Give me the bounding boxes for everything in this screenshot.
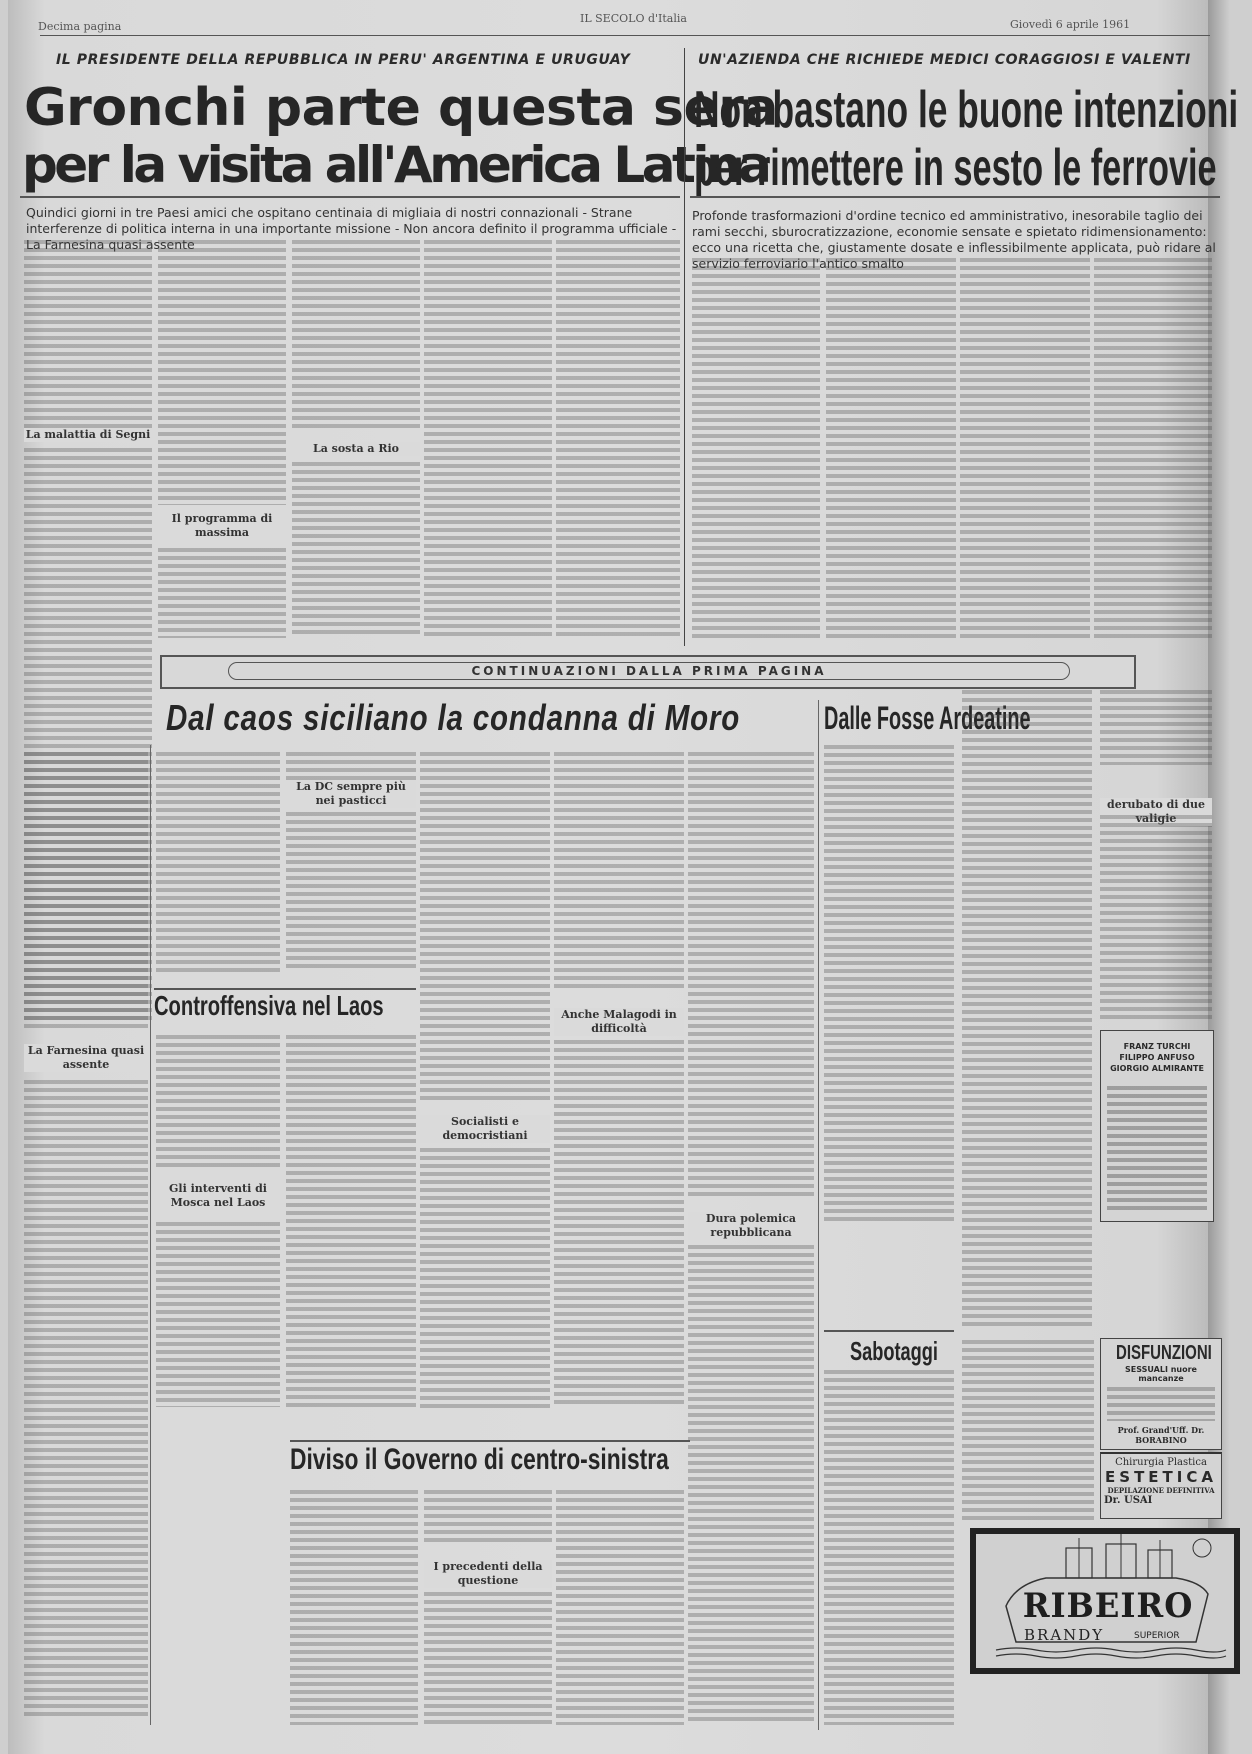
fosse-col-3a (1100, 690, 1212, 765)
ad-estetica-title: ESTETICA (1101, 1468, 1221, 1486)
ad-estetica-doctor: Dr. USAI (1101, 1495, 1221, 1506)
moro-col-3b (420, 1148, 550, 1408)
ad-estetica-line1: Chirurgia Plastica (1101, 1457, 1221, 1468)
lower-left-divider (150, 745, 151, 1725)
ad-ribeiro-product: BRANDY (1024, 1626, 1104, 1644)
right-col-2 (826, 258, 956, 638)
colophon-text (1107, 1086, 1207, 1211)
governo-col-2b (424, 1592, 552, 1725)
colophon-line: FILIPPO ANFUSO (1101, 1052, 1213, 1063)
left-col-4 (424, 240, 552, 638)
fosse-col-1 (824, 745, 954, 1225)
colophon-box: FRANZ TURCHI FILIPPO ANFUSO GIORGIO ALMI… (1100, 1030, 1214, 1222)
laos-headline: Controffensiva nel Laos (154, 992, 384, 1020)
farnesina-col (24, 1080, 148, 1720)
banner-label: CONTINUAZIONI DALLA PRIMA PAGINA (228, 662, 1070, 680)
subhead-repubblicana: Dura polemica repubblicana (688, 1212, 814, 1240)
page-label: Decima pagina (38, 20, 121, 33)
right-headline-line2: per rimettere in sesto le ferrovie (694, 142, 1217, 194)
fosse-col-3b (1100, 815, 1212, 1020)
subhead-precedenti: I precedenti della questione (424, 1560, 552, 1588)
governo-col-1 (290, 1490, 418, 1725)
moro-col-5a (688, 752, 814, 1197)
subhead-rio: La sosta a Rio (292, 442, 420, 456)
left-col-3b (292, 462, 420, 638)
governo-col-3 (556, 1490, 684, 1725)
ad-estetica-line3: DEPILAZIONE DEFINITIVA (1101, 1486, 1221, 1495)
ad-disfunzioni-text (1107, 1387, 1215, 1421)
fosse-col-2 (962, 690, 1092, 1330)
colophon-line: FRANZ TURCHI (1101, 1041, 1213, 1052)
subhead-malagodi: Anche Malagodi in difficoltà (554, 1008, 684, 1036)
issue-date: Giovedì 6 aprile 1961 (1010, 18, 1130, 31)
subhead-dc-pasticci: La DC sempre più nei pasticci (286, 780, 416, 808)
ad-disfunzioni-doctor: Prof. Grand'Uff. Dr. BORABINO (1101, 1425, 1221, 1445)
right-col-4 (1094, 258, 1212, 638)
continuations-banner: CONTINUAZIONI DALLA PRIMA PAGINA (160, 655, 1136, 689)
lower-left-col-top (24, 752, 148, 1032)
paper-name: IL SECOLO d'Italia (580, 12, 687, 25)
top-center-divider (684, 48, 685, 646)
sabotaggi-rule (824, 1330, 954, 1332)
sabotaggi-headline: Sabotaggi (850, 1338, 938, 1364)
moro-col-4b (554, 1040, 684, 1408)
left-headline-line2: per la visita all'America Latina (22, 140, 768, 190)
sabotaggi-col-2 (962, 1340, 1094, 1520)
left-col-5 (556, 240, 680, 638)
right-kicker: UN'AZIENDA CHE RICHIEDE MEDICI CORAGGIOS… (698, 52, 1191, 68)
right-headline-line1: Non bastano le buone intenzioni (694, 84, 1238, 136)
moro-col-4a (554, 752, 684, 992)
subhead-malattia: La malattia di Segni (24, 428, 152, 442)
ad-ribeiro-brand: RIBEIRO (1015, 1586, 1201, 1626)
masthead-rule (40, 35, 1210, 36)
left-headline-rule (20, 196, 680, 198)
left-col-2a (158, 240, 286, 505)
subhead-programma: Il programma di massima (158, 512, 286, 540)
sabotaggi-col-1 (824, 1370, 954, 1725)
colophon-line: GIORGIO ALMIRANTE (1101, 1063, 1213, 1074)
governo-headline: Diviso il Governo di centro-sinistra (290, 1445, 669, 1475)
moro-col-5b (688, 1245, 814, 1725)
moro-col-2b (286, 812, 416, 972)
right-col-3 (960, 258, 1090, 638)
subhead-socialisti: Socialisti e democristiani (420, 1115, 550, 1143)
ad-ribeiro-grade: SUPERIOR (1134, 1631, 1180, 1641)
left-col-1a (24, 240, 152, 435)
laos-col-1a (156, 1035, 280, 1170)
moro-headline: Dal caos siciliano la condanna di Moro (166, 700, 740, 736)
ad-estetica: Chirurgia Plastica ESTETICA DEPILAZIONE … (1100, 1452, 1222, 1519)
moro-right-divider (818, 700, 819, 1730)
moro-col-3a (420, 752, 550, 1102)
ad-disfunzioni-subtitle: SESSUALI nuore mancanze (1101, 1365, 1221, 1383)
left-col-2b (158, 548, 286, 638)
laos-col-2 (286, 1035, 416, 1407)
right-headline-rule (690, 196, 1220, 198)
ad-disfunzioni-title: DISFUNZIONI (1116, 1342, 1206, 1365)
governo-col-2a (424, 1490, 552, 1545)
left-kicker: IL PRESIDENTE DELLA REPUBBLICA IN PERU' … (56, 52, 630, 68)
left-headline-line1: Gronchi parte questa sera (24, 82, 778, 134)
right-col-1 (692, 258, 820, 638)
ad-disfunzioni: DISFUNZIONI SESSUALI nuore mancanze Prof… (1100, 1338, 1222, 1450)
moro-col-2a (286, 752, 416, 782)
governo-rule (290, 1440, 690, 1442)
laos-col-1b (156, 1222, 280, 1407)
subhead-farnesina: La Farnesina quasi assente (24, 1044, 148, 1072)
ad-ribeiro: RIBEIRO BRANDY SUPERIOR (970, 1528, 1240, 1674)
subhead-mosca: Gli interventi di Mosca nel Laos (156, 1182, 280, 1210)
left-col-3a (292, 240, 420, 430)
moro-col-1 (156, 752, 280, 972)
